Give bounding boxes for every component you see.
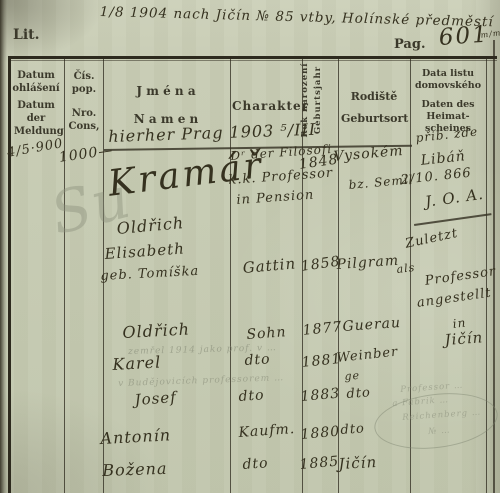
- entry-child3-relation: dto: [238, 387, 265, 405]
- entry-child2-name: Karel: [112, 352, 162, 374]
- entry-child1-year: 1877: [302, 319, 343, 339]
- header-date-cz: Datum ohlášení: [11, 70, 61, 96]
- entry-wife-charakter: Gattin: [242, 254, 297, 277]
- table-left-border: [8, 56, 11, 493]
- entry-child3-place: dto: [346, 385, 371, 402]
- table-column-divider: [64, 57, 65, 493]
- page-number-suffix: m/m: [480, 28, 500, 40]
- binding-edge: [0, 0, 7, 493]
- entry-child4-name: Antonín: [100, 425, 172, 448]
- table-top-border: [8, 56, 497, 59]
- top-annotation: 1/8 1904 nach Jičín № 85 vtby, Holínské …: [100, 4, 494, 30]
- entry-child2-place-cont: ge: [344, 369, 360, 383]
- entry-child5-place: Jičín: [338, 453, 378, 473]
- entry-child1-relation: Sohn: [246, 324, 287, 343]
- header-birthplace-de: Geburtsort: [341, 112, 407, 126]
- entry-wife-name: Elisabeth: [104, 239, 185, 263]
- entry-child1-name: Oldřich: [122, 319, 190, 342]
- pag-label: Pag.: [394, 37, 425, 54]
- entry-child3-name: Josef: [134, 388, 177, 409]
- header-heimat-cz: Data listu domovského: [413, 68, 483, 92]
- entry-report-date: 4/5·900: [6, 136, 65, 161]
- entry-house-number: 1000—: [58, 142, 114, 165]
- header-names-cz: J m é n a: [106, 84, 226, 99]
- header-charakter: Charakter: [232, 99, 300, 114]
- entry-wife-maiden: geb. Tomíška: [100, 264, 200, 284]
- entry-child5-name: Božena: [102, 459, 168, 480]
- entry-heimat-note4: angestellt: [416, 286, 493, 311]
- ink-underline-short: [414, 213, 491, 225]
- header-birthplace-cz: Rodiště: [341, 90, 407, 104]
- entry-child2-place: Weinber: [336, 345, 399, 366]
- entry-child4-place: dto: [340, 421, 365, 438]
- entry-heimat-note1: Zuletzt: [404, 226, 460, 252]
- entry-heimat-line3: J. O. A.: [424, 185, 485, 211]
- entry-child5-year: 1885: [299, 454, 340, 473]
- pencil-oval: [371, 387, 500, 456]
- entry-child4-relation: Kaufm.: [238, 421, 296, 441]
- header-house-cz: Čís. pop.: [70, 71, 98, 97]
- entry-wife-birthplace: Pilgram: [336, 253, 400, 273]
- entry-child1-place: Guerau: [342, 315, 402, 335]
- lit-label: Lit.: [13, 27, 40, 45]
- entry-heimat-note6: Jičín: [444, 328, 484, 349]
- entry-child3-year: 1883: [300, 386, 341, 405]
- header-house-de: Nro. Cons,: [68, 108, 100, 134]
- entry-child4-year: 1880: [300, 424, 341, 443]
- ledger-page-scan: 1/8 1904 nach Jičín № 85 vtby, Holínské …: [0, 0, 500, 493]
- table-top-border-inner: [8, 60, 497, 61]
- entry-child2-relation: dto: [244, 351, 271, 369]
- entry-child5-relation: dto: [242, 455, 269, 473]
- header-date-de: Datum der Meldung: [14, 100, 58, 138]
- entry-heimat-note2: als: [396, 261, 416, 276]
